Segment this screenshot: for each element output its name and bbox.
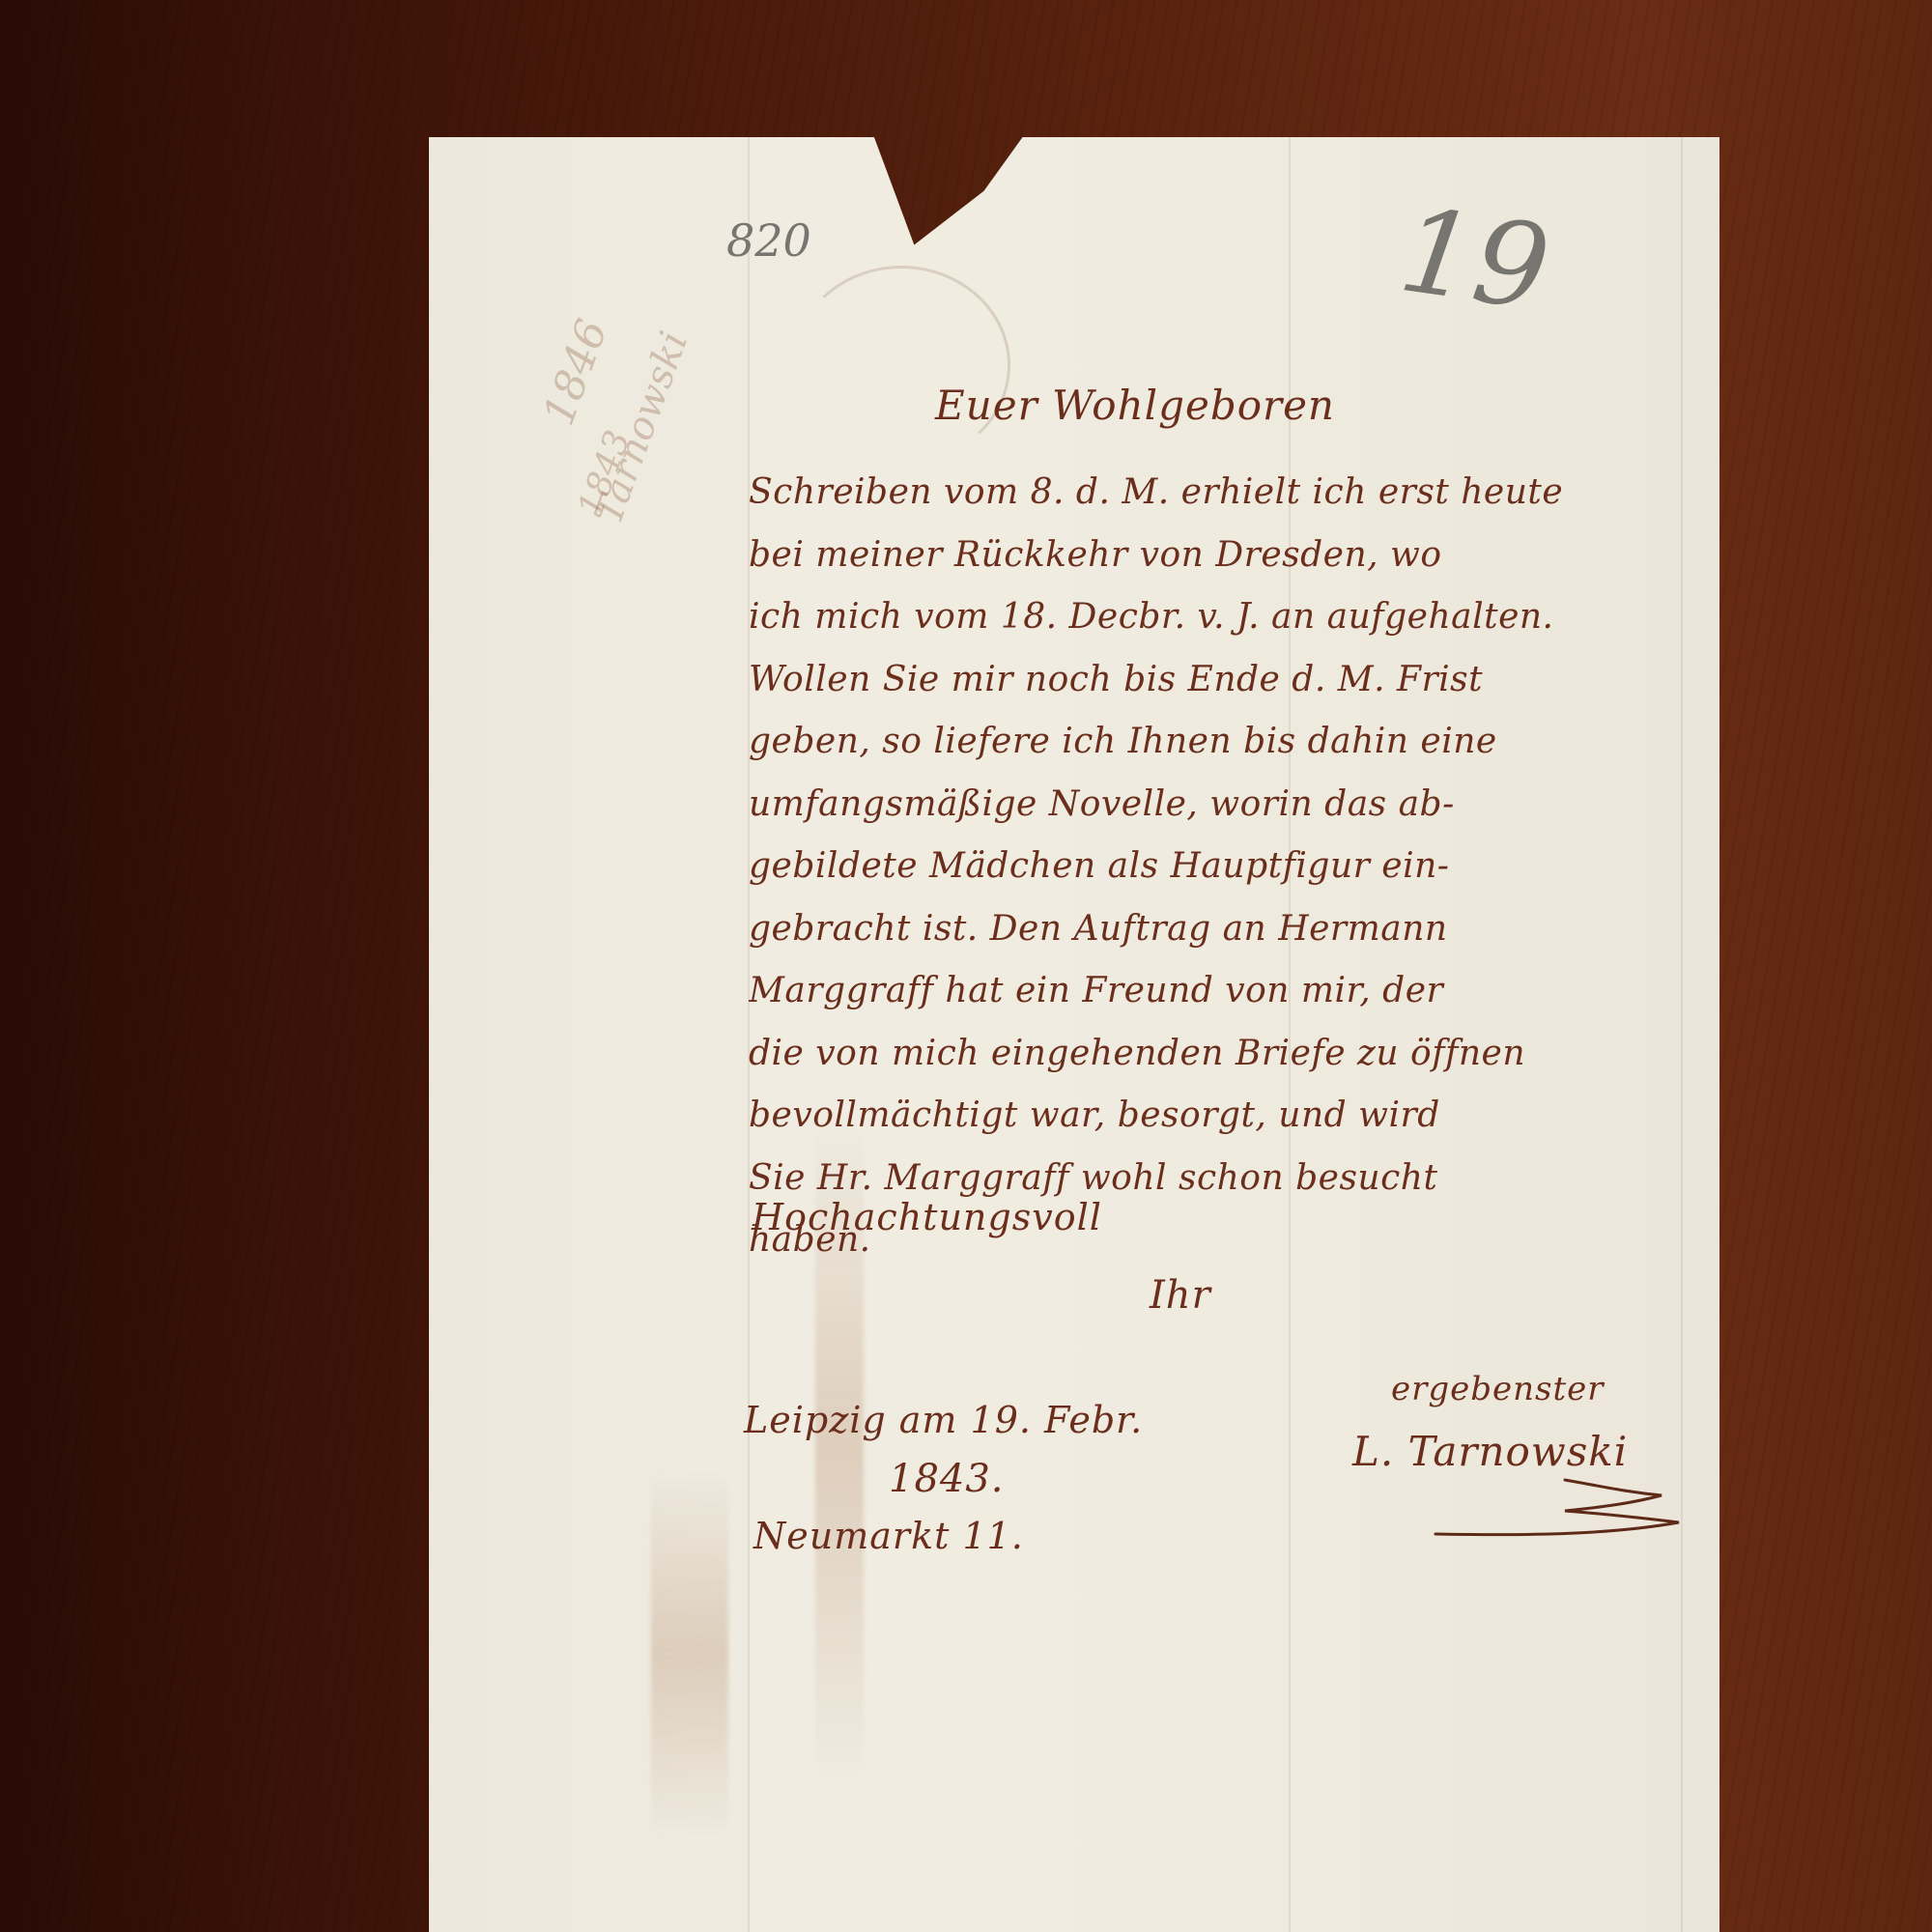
place-date: Leipzig am 19. Febr. xyxy=(744,1399,1143,1441)
archive-number-left: 820 xyxy=(726,214,811,267)
body-line: Schreiben vom 8. d. M. erhielt ich erst … xyxy=(749,462,1705,525)
body-line: geben, so liefere ich Ihnen bis dahin ei… xyxy=(749,711,1705,774)
body-line: die von mich eingehenden Briefe zu öffne… xyxy=(749,1023,1705,1086)
body-line: bevollmächtigt war, besorgt, und wird xyxy=(749,1085,1705,1148)
address: Neumarkt 11. xyxy=(753,1515,1024,1557)
salutation: Euer Wohlgeboren xyxy=(935,382,1335,429)
body-line: umfangsmäßige Novelle, worin das ab- xyxy=(749,774,1705,837)
closing-pronoun: Ihr xyxy=(1150,1273,1211,1318)
body-line: bei meiner Rückkehr von Dresden, wo xyxy=(749,525,1705,587)
body-line: gebracht ist. Den Auftrag an Hermann xyxy=(749,898,1705,961)
body-line: ich mich vom 18. Decbr. v. J. an aufgeha… xyxy=(749,586,1705,649)
letter-body: Schreiben vom 8. d. M. erhielt ich erst … xyxy=(749,462,1705,1272)
ink-bleed-stain xyxy=(651,1470,728,1837)
faded-postmark-arc xyxy=(792,266,1010,465)
signature-flourish xyxy=(1420,1468,1700,1546)
closing: Hochachtungsvoll xyxy=(752,1196,1102,1238)
body-line: Marggraff hat ein Freund von mir, der xyxy=(749,960,1705,1023)
body-line: Wollen Sie mir noch bis Ende d. M. Frist xyxy=(749,649,1705,712)
signature-prefix: ergebenster xyxy=(1391,1370,1605,1408)
body-line: gebildete Mädchen als Hauptfigur ein- xyxy=(749,836,1705,898)
archive-number-right: 19 xyxy=(1392,184,1557,337)
year: 1843. xyxy=(889,1457,1005,1501)
